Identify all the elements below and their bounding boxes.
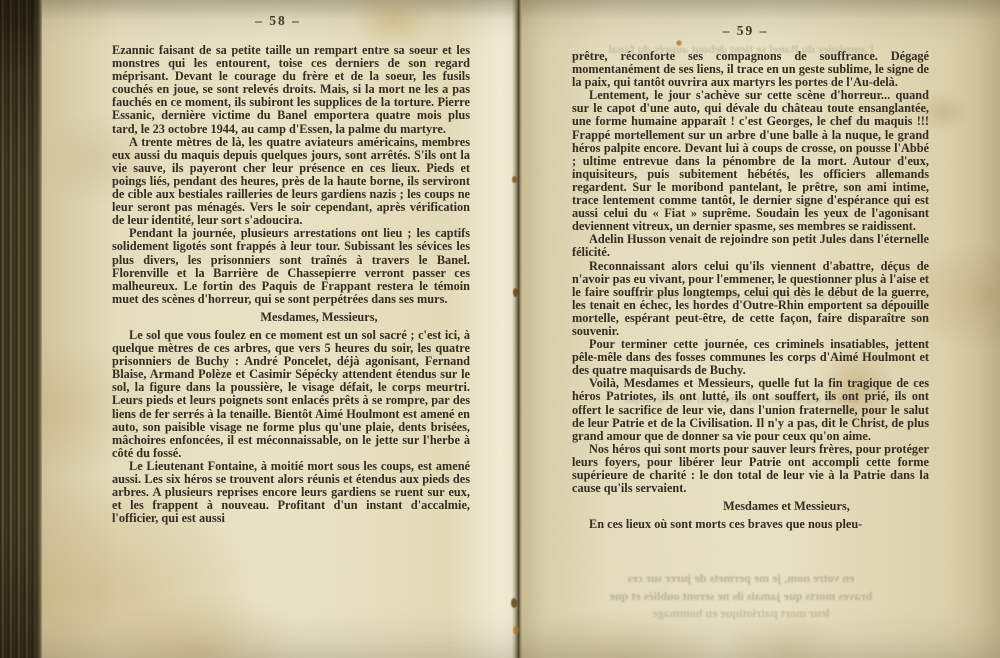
page-number-59: – 59 – <box>567 23 924 39</box>
paragraph: Pendant la journée, plusieurs arrestatio… <box>112 227 470 306</box>
paragraph: Le Lieutenant Fontaine, à moitié mort so… <box>112 460 470 525</box>
paragraph: Adelin Husson venait de rejoindre son pe… <box>572 233 929 259</box>
paragraph: Pour terminer cette journée, ces crimine… <box>572 338 929 377</box>
section-heading: Mesdames et Messieurs, <box>608 500 965 513</box>
book-scan: – 58 – Ezannic faisant de sa petite tail… <box>0 0 1000 658</box>
section-heading: Mesdames, Messieurs, <box>140 311 498 324</box>
paragraph: prêtre, réconforte ses compagnons de sou… <box>572 50 929 89</box>
page-58: – 58 – Ezannic faisant de sa petite tail… <box>42 0 516 658</box>
paragraph: Ezannic faisant de sa petite taille un r… <box>112 44 470 136</box>
paper-stain-dot <box>676 40 682 46</box>
gutter-stain <box>513 288 518 297</box>
paragraph: Le sol que vous foulez en ce moment est … <box>112 329 470 460</box>
book-page-edges <box>0 0 42 658</box>
gutter-stain <box>512 176 517 183</box>
page-number-58: – 58 – <box>99 13 457 29</box>
paragraph: A trente mètres de là, les quatre aviate… <box>112 136 470 228</box>
bleedthrough-text: en votre nom, je me permets de jurer sur… <box>540 571 942 586</box>
page-59-text: prêtre, réconforte ses compagnons de sou… <box>572 50 929 531</box>
bleedthrough-text: leur mort patriotique en hommage <box>540 606 942 621</box>
paragraph: Lentement, le jour s'achève sur cette sc… <box>572 89 929 233</box>
paragraph: Nos héros qui sont morts pour sauver leu… <box>572 443 929 495</box>
gutter-stain <box>513 626 519 634</box>
paragraph: En ces lieux où sont morts ces braves qu… <box>572 518 929 531</box>
paragraph: Reconnaissant alors celui qu'ils viennen… <box>572 260 929 339</box>
paragraph: Voilà, Mesdames et Messieurs, quelle fut… <box>572 377 929 442</box>
bleedthrough-text: braves morts que jamais ils ne seront ou… <box>540 589 942 604</box>
page-58-text: Ezannic faisant de sa petite taille un r… <box>112 44 470 525</box>
gutter-stain <box>511 598 517 608</box>
page-59: l'aumônier du Banel se tient debout aupr… <box>522 0 1000 658</box>
